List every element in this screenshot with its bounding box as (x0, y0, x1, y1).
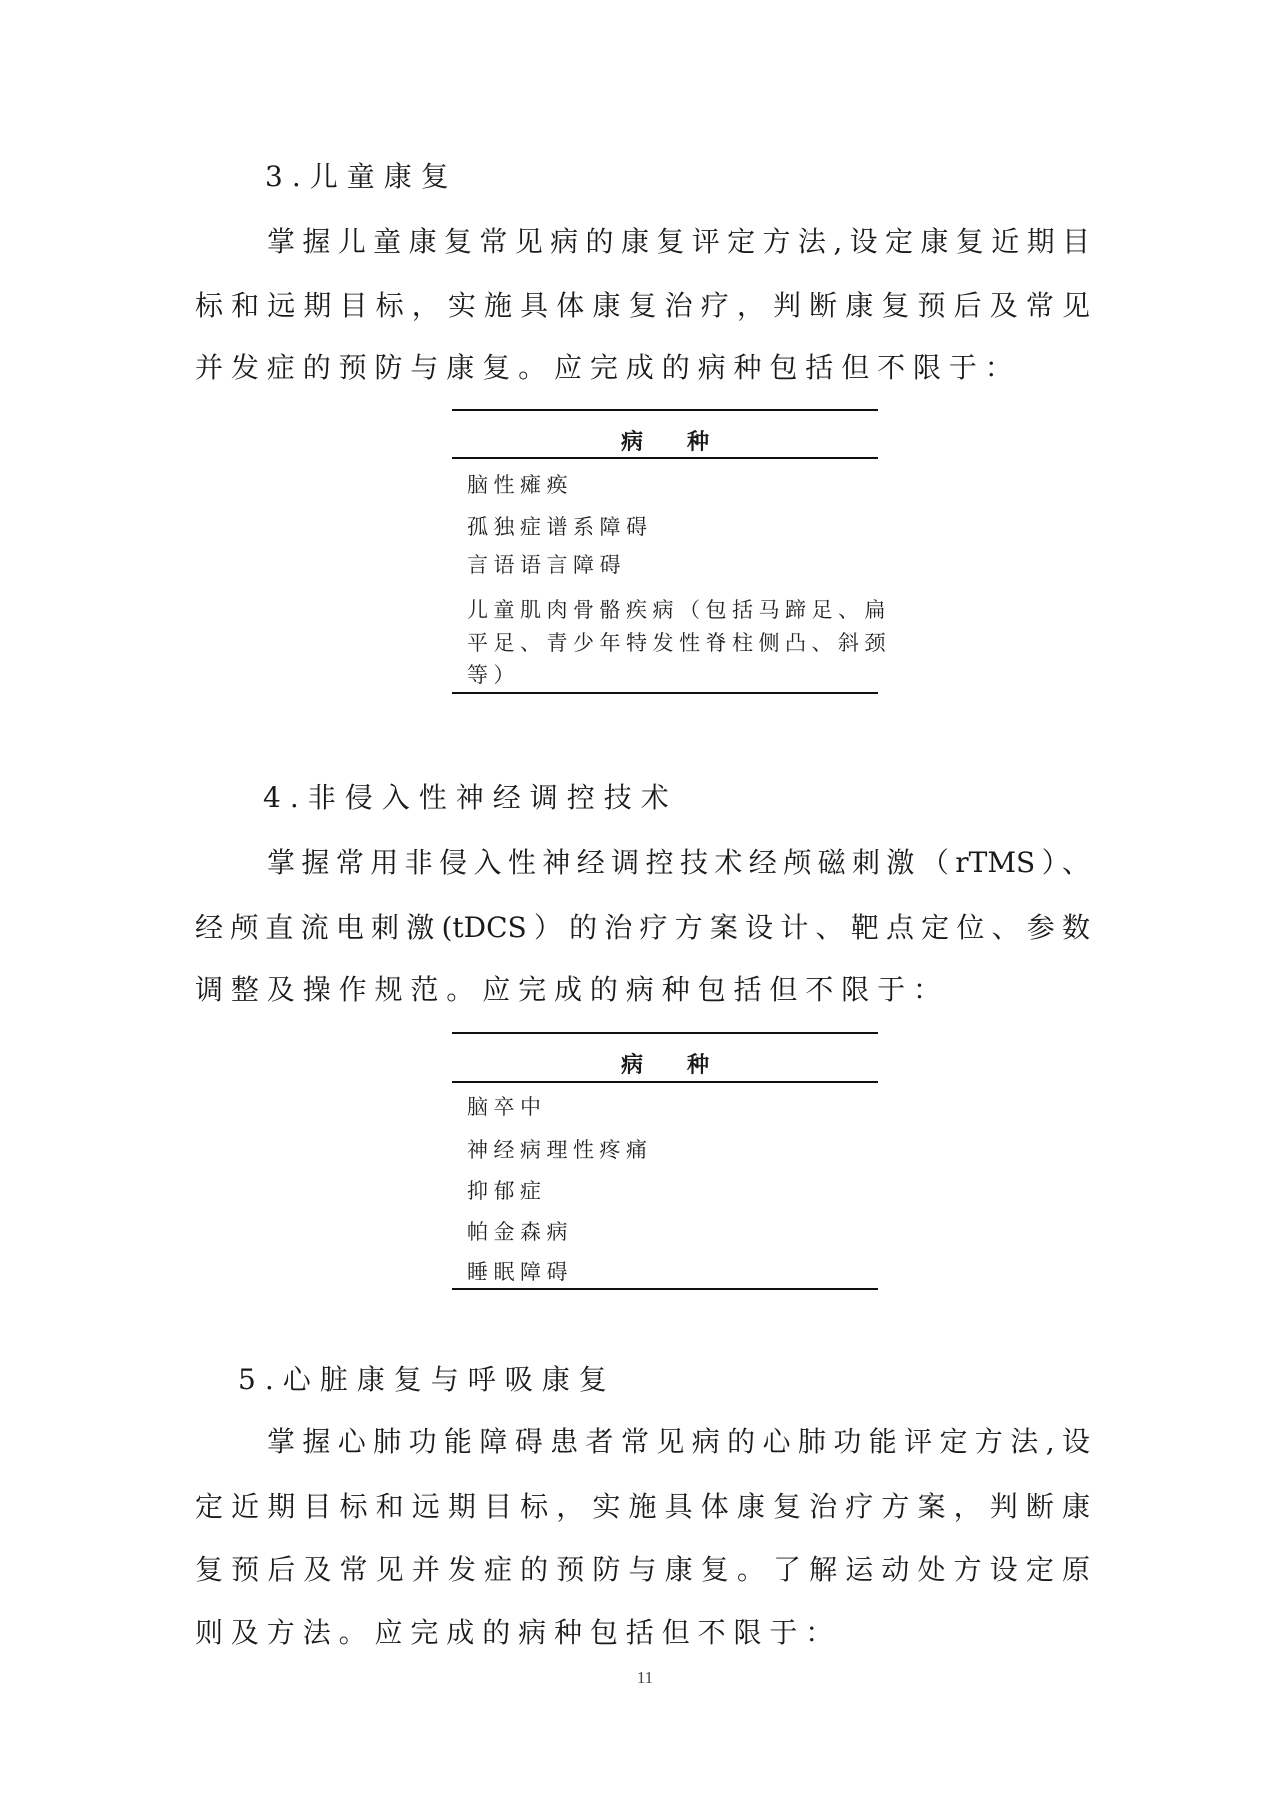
table-row: 孤独症谱系障碍 (467, 513, 877, 541)
section-4-paragraph-line-1: 掌握常用非侵入性神经调控技术经颅磁刺激（rTMS）、 (267, 845, 1090, 881)
table-row: 脑性瘫痪 (467, 471, 877, 499)
section-3-paragraph-line-2: 标和远期目标，实施具体康复治疗，判断康复预后及常见 (195, 288, 1090, 324)
section-3-paragraph-line-3: 并发症的预防与康复。应完成的病种包括但不限于： (195, 350, 1090, 386)
table-header-disease-type: 病 种 (452, 428, 878, 456)
section-5-paragraph-line-2: 定近期目标和远期目标，实施具体康复治疗方案，判断康 (195, 1489, 1090, 1525)
page-number: 11 (615, 1668, 675, 1688)
table-header-disease-type: 病 种 (452, 1051, 878, 1079)
section-heading-3: 3.儿童康复 (265, 159, 458, 195)
table-top-rule (452, 1032, 878, 1034)
disease-table-pediatric: 病 种 脑性瘫痪 孤独症谱系障碍 言语语言障碍 儿童肌肉骨骼疾病（包括马蹄足、扁… (452, 409, 878, 695)
table-bottom-rule (452, 1288, 878, 1290)
disease-table-neuromodulation: 病 种 脑卒中 神经病理性疼痛 抑郁症 帕金森病 睡眠障碍 (452, 1032, 878, 1292)
section-4-paragraph-line-3: 调整及操作规范。应完成的病种包括但不限于： (195, 972, 1090, 1008)
table-row: 脑卒中 (467, 1093, 877, 1121)
table-row: 言语语言障碍 (467, 551, 877, 579)
table-header-rule (452, 1081, 878, 1083)
table-bottom-rule (452, 692, 878, 694)
section-heading-5: 5.心脏康复与呼吸康复 (238, 1362, 616, 1398)
table-row-line: 儿童肌肉骨骼疾病（包括马蹄足、扁 (467, 596, 877, 624)
section-5-paragraph-line-1: 掌握心肺功能障碍患者常见病的心肺功能评定方法,设 (267, 1424, 1090, 1460)
table-row-line: 平足、青少年特发性脊柱侧凸、斜颈 (467, 629, 877, 657)
table-row: 抑郁症 (467, 1177, 877, 1205)
table-row-line: 等） (467, 661, 877, 689)
section-5-paragraph-line-3: 复预后及常见并发症的预防与康复。了解运动处方设定原 (195, 1552, 1090, 1588)
table-row: 睡眠障碍 (467, 1258, 877, 1286)
table-row: 神经病理性疼痛 (467, 1136, 877, 1164)
section-heading-4: 4.非侵入性神经调控技术 (263, 780, 678, 816)
table-top-rule (452, 409, 878, 411)
table-row: 帕金森病 (467, 1218, 877, 1246)
section-3-paragraph-line-1: 掌握儿童康复常见病的康复评定方法,设定康复近期目 (267, 224, 1090, 260)
table-header-rule (452, 457, 878, 459)
section-4-paragraph-line-2: 经颅直流电刺激(tDCS）的治疗方案设计、靶点定位、参数 (195, 910, 1090, 946)
document-page: 3.儿童康复 掌握儿童康复常见病的康复评定方法,设定康复近期目 标和远期目标，实… (0, 0, 1280, 1810)
section-5-paragraph-line-4: 则及方法。应完成的病种包括但不限于： (195, 1615, 1090, 1651)
